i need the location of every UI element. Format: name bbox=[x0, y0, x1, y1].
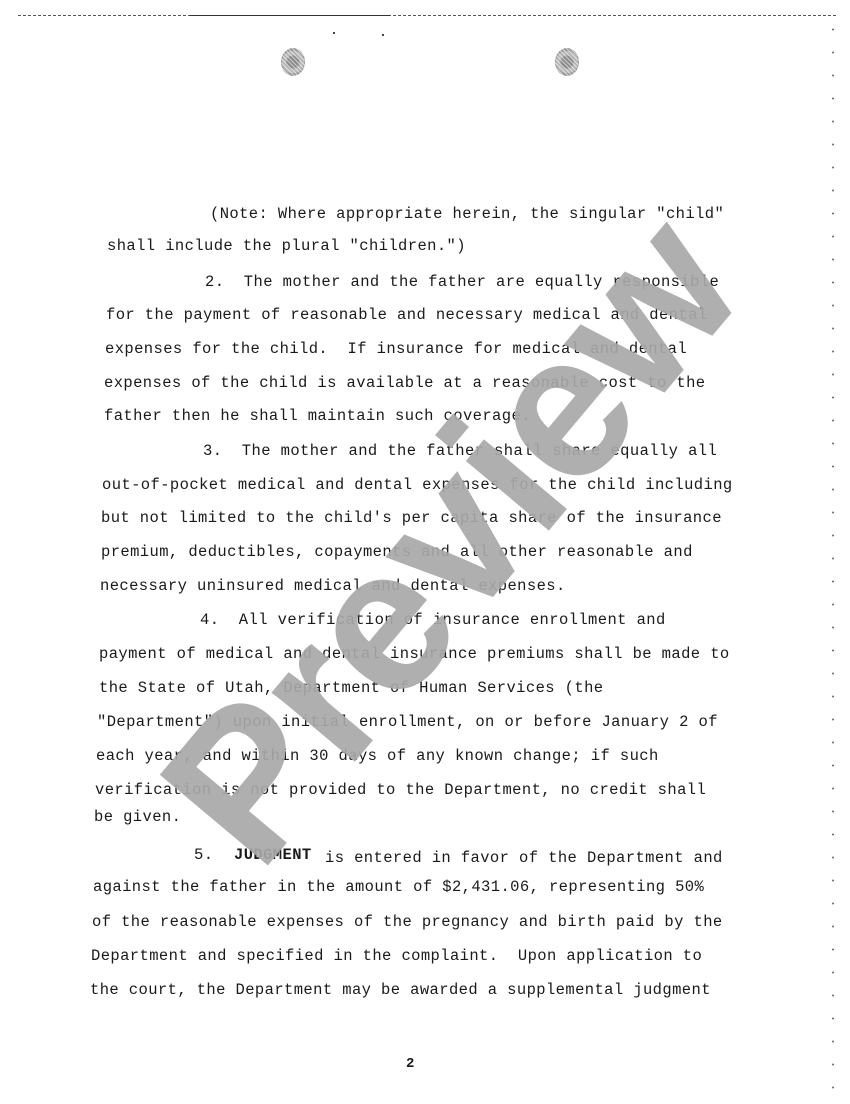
punch-hole-icon bbox=[281, 48, 305, 76]
text-line: is entered in favor of the Department an… bbox=[325, 848, 723, 868]
text-line: verification is not provided to the Depa… bbox=[95, 780, 706, 800]
text-line: 2. The mother and the father are equally… bbox=[205, 272, 719, 292]
text-line: but not limited to the child's per capit… bbox=[101, 508, 722, 528]
text-line: for the payment of reasonable and necess… bbox=[106, 305, 708, 325]
text-line: each year, and within 30 days of any kno… bbox=[96, 746, 659, 766]
text-line: be given. bbox=[94, 807, 181, 827]
text-line: father then he shall maintain such cover… bbox=[104, 406, 531, 426]
text-line: out-of-pocket medical and dental expense… bbox=[102, 475, 733, 495]
text-line: 3. The mother and the father shall share… bbox=[203, 441, 717, 461]
text-line: Department and specified in the complain… bbox=[91, 946, 702, 966]
page-number: 2 bbox=[406, 1056, 414, 1072]
text-line: the State of Utah, Department of Human S… bbox=[99, 678, 603, 698]
item-number: 5. bbox=[194, 845, 213, 865]
text-line: the court, the Department may be awarded… bbox=[90, 980, 711, 1000]
text-line: necessary uninsured medical and dental e… bbox=[100, 576, 566, 596]
punch-hole-icon bbox=[555, 48, 579, 76]
text-line: of the reasonable expenses of the pregna… bbox=[92, 912, 723, 932]
scan-speck bbox=[333, 32, 335, 34]
text-line: 4. All verification of insurance enrollm… bbox=[200, 610, 666, 630]
text-line: (Note: Where appropriate herein, the sin… bbox=[210, 204, 724, 224]
scan-speck bbox=[382, 34, 384, 36]
text-line: "Department") upon initial enrollment, o… bbox=[97, 712, 718, 732]
scan-top-rule-segment bbox=[190, 15, 390, 16]
text-line: shall include the plural "children.") bbox=[107, 236, 466, 256]
scan-top-rule bbox=[18, 15, 836, 16]
text-line: payment of medical and dental insurance … bbox=[99, 644, 730, 664]
text-line: expenses of the child is available at a … bbox=[104, 373, 706, 393]
text-line: premium, deductibles, copayments and all… bbox=[101, 542, 693, 562]
text-line: against the father in the amount of $2,4… bbox=[93, 877, 704, 897]
scan-edge-dots bbox=[832, 18, 834, 1098]
judgment-keyword: JUDGMENT bbox=[234, 845, 312, 865]
text-line: expenses for the child. If insurance for… bbox=[105, 339, 687, 359]
